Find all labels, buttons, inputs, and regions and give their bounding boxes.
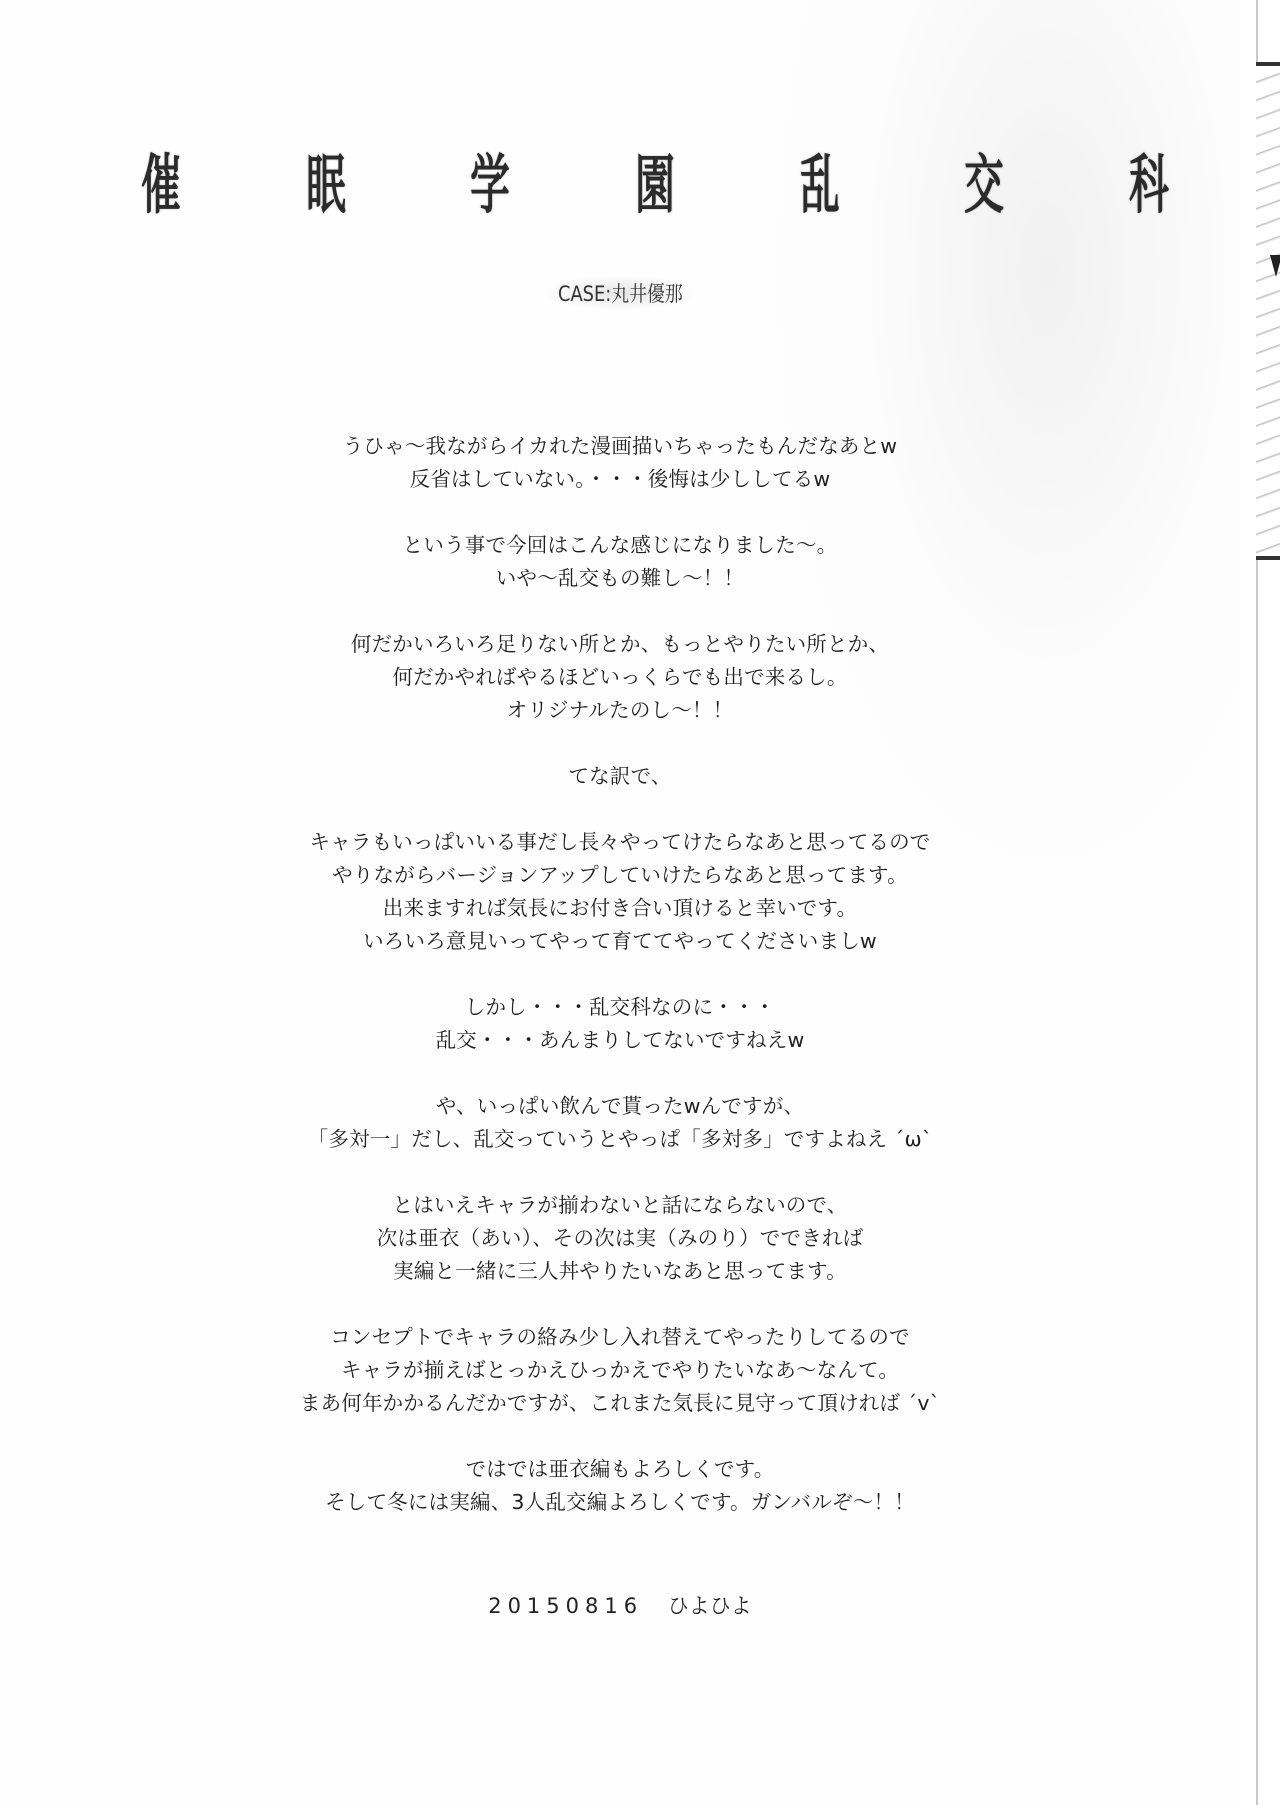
- paragraph: うひゃ～我ながらイカれた漫画描いちゃったもんだなあとw 反省はしていない。・・・…: [0, 430, 1240, 496]
- text-line: やりながらバージョンアップしていけたらなあと思ってます。: [0, 859, 1240, 892]
- paragraph: 何だかいろいろ足りない所とか、もっとやりたい所とか、 何だかやればやるほどいっく…: [0, 628, 1240, 727]
- text-line: 何だかいろいろ足りない所とか、もっとやりたい所とか、: [0, 628, 1240, 661]
- afterword-body: うひゃ～我ながらイカれた漫画描いちゃったもんだなあとw 反省はしていない。・・・…: [0, 430, 1240, 1552]
- text-line: とはいえキャラが揃わないと話にならないので、: [0, 1189, 1240, 1222]
- text-line: いろいろ意見いってやって育ててやってくださいましw: [0, 925, 1240, 958]
- text-line: という事で今回はこんな感じになりました～。: [0, 529, 1240, 562]
- text-line: キャラもいっぱいいる事だし長々やってけたらなあと思ってるので: [0, 826, 1240, 859]
- title-char: 乱: [797, 150, 842, 222]
- title-char: 眠: [303, 150, 348, 222]
- paragraph: しかし・・・乱交科なのに・・・ 乱交・・・あんまりしてないですねえw: [0, 991, 1240, 1057]
- title-char: 園: [633, 150, 678, 222]
- panel-speed-mark-icon: [1270, 255, 1280, 277]
- text-line: てな訳で、: [0, 760, 1240, 793]
- signature-date: 20150816: [488, 1594, 643, 1618]
- text-line: や、いっぱい飲んで貰ったwんですが、: [0, 1090, 1240, 1123]
- text-line: 何だかやればやるほどいっくらでも出で来るし。: [0, 661, 1240, 694]
- page-title: 催 眠 学 園 乱 交 科: [125, 150, 1185, 222]
- text-line: コンセプトでキャラの絡み少し入れ替えてやったりしてるので: [0, 1321, 1240, 1354]
- signature-author: ひよひよ: [668, 1594, 752, 1618]
- text-line: 反省はしていない。・・・後悔は少ししてるw: [0, 463, 1240, 496]
- title-char: 催: [139, 150, 184, 222]
- paragraph: とはいえキャラが揃わないと話にならないので、 次は亜衣（あい）、その次は実（みの…: [0, 1189, 1240, 1288]
- case-subtitle: CASE:丸井優那: [0, 276, 1240, 310]
- paragraph: てな訳で、: [0, 760, 1240, 793]
- text-line: いや～乱交もの難し～！！: [0, 562, 1240, 595]
- title-char: 学: [468, 150, 513, 222]
- text-line: 実編と一緒に三人丼やりたいなあと思ってます。: [0, 1255, 1240, 1288]
- signature: 20150816 ひよひよ: [0, 1590, 1240, 1620]
- paragraph: コンセプトでキャラの絡み少し入れ替えてやったりしてるので キャラが揃えばとっかえ…: [0, 1321, 1240, 1420]
- text-line: キャラが揃えばとっかえひっかえでやりたいなあ～なんて。: [0, 1354, 1240, 1387]
- text-line: 出来ますれば気長にお付き合い頂けると幸いです。: [0, 892, 1240, 925]
- paragraph: や、いっぱい飲んで貰ったwんですが、 「多対一」だし、乱交っていうとやっぱ「多対…: [0, 1090, 1240, 1156]
- text-line: ではでは亜衣編もよろしくです。: [0, 1453, 1240, 1486]
- text-line: しかし・・・乱交科なのに・・・: [0, 991, 1240, 1024]
- text-line: オリジナルたのし～！！: [0, 694, 1240, 727]
- text-line: 次は亜衣（あい）、その次は実（みのり）でできれば: [0, 1222, 1240, 1255]
- paragraph: という事で今回はこんな感じになりました～。 いや～乱交もの難し～！！: [0, 529, 1240, 595]
- text-line: 「多対一」だし、乱交っていうとやっぱ「多対多」ですよねえ ´ω`: [0, 1123, 1240, 1156]
- text-line: うひゃ～我ながらイカれた漫画描いちゃったもんだなあとw: [0, 430, 1240, 463]
- text-line: 乱交・・・あんまりしてないですねえw: [0, 1024, 1240, 1057]
- adjacent-manga-panel: [1256, 62, 1280, 560]
- text-line: そして冬には実編、3人乱交編よろしくです。ガンバルぞ～！！: [0, 1486, 1240, 1519]
- case-label: CASE:丸井優那: [547, 276, 692, 310]
- title-char: 交: [962, 150, 1007, 222]
- title-char: 科: [1127, 150, 1172, 222]
- document-page: 催 眠 学 園 乱 交 科 CASE:丸井優那 うひゃ～我ながらイカれた漫画描い…: [0, 0, 1240, 1805]
- text-line: まあ何年かかるんだかですが、これまた気長に見守って頂ければ ´v`: [0, 1387, 1240, 1420]
- paragraph: ではでは亜衣編もよろしくです。 そして冬には実編、3人乱交編よろしくです。ガンバ…: [0, 1453, 1240, 1519]
- paragraph: キャラもいっぱいいる事だし長々やってけたらなあと思ってるので やりながらバージョ…: [0, 826, 1240, 958]
